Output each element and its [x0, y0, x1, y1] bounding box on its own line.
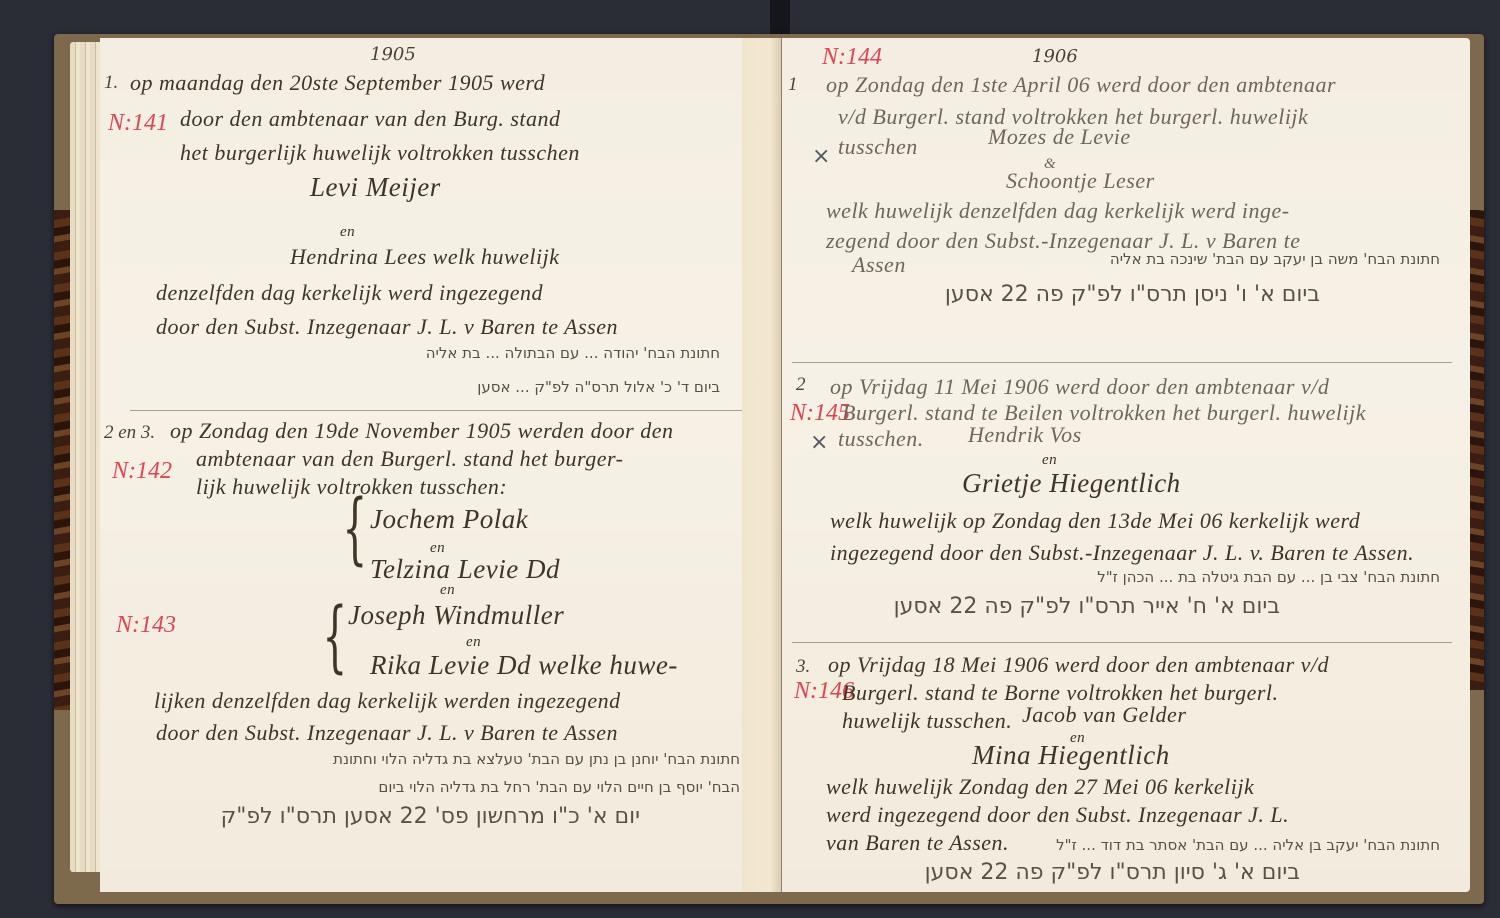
register-number: N:145 — [790, 400, 850, 427]
entry-line: tusschen. — [838, 426, 924, 452]
entry-line: op maandag den 20ste September 1905 werd — [130, 70, 545, 96]
entry-line: lijken denzelfden dag kerkelijk werden i… — [154, 688, 621, 714]
conjunction-en: en — [466, 634, 481, 651]
entry-line: op Zondag den 19de November 1905 werden … — [170, 418, 673, 444]
register-number: N:142 — [112, 458, 172, 485]
bride-name: Mina Hiegentlich — [972, 740, 1170, 771]
register-number: N:144 — [822, 44, 882, 71]
hebrew-signature: ביום א' ו' ניסן תרס"ו לפ"ק פה 22 אסען — [945, 282, 1320, 307]
entry-index: 1 — [788, 74, 798, 96]
hebrew-annotation: חתונת הבח' יעקב בן אליה ... עם הבת' אסתר… — [1056, 836, 1440, 854]
conjunction-en: en — [1042, 452, 1057, 469]
entry-line: Assen — [852, 252, 906, 278]
brace-bracket: { — [342, 490, 367, 568]
bride-name: Grietje Hiegentlich — [962, 468, 1181, 499]
hebrew-annotation: חתונת הבח' יהודה ... עם הבתולה ... בת אל… — [426, 344, 720, 362]
entry-line: van Baren te Assen. — [826, 830, 1009, 856]
entry-index: 2 en 3. — [104, 422, 155, 444]
hebrew-signature: ביום א' ח' אייר תרס"ו לפ"ק פה 22 אסען — [894, 594, 1280, 619]
groom-name: Mozes de Levie — [988, 124, 1131, 150]
groom-name: Jacob van Gelder — [1022, 702, 1186, 728]
bride-name: Schoontje Leser — [1006, 168, 1155, 194]
brace-bracket: { — [322, 598, 347, 676]
entry-line: tusschen — [838, 134, 918, 160]
hebrew-annotation: הבח' יוסף בן חיים הלוי עם הבת' רחל בת גד… — [378, 778, 740, 796]
entry-line: door den Subst. Inzegenaar J. L. v Baren… — [156, 720, 618, 746]
cross-mark: × — [812, 144, 830, 169]
entry-line: huwelijk tusschen. — [842, 708, 1012, 734]
entry-divider — [792, 362, 1452, 363]
entry-line: het burgerlijk huwelijk voltrokken tussc… — [180, 140, 580, 166]
hebrew-annotation: ביום ד' כ' אלול תרס"ה לפ"ק ... אסען — [477, 378, 720, 396]
left-page: 1905 1. N:141 op maandag den 20ste Septe… — [100, 38, 780, 892]
entry-divider — [130, 410, 750, 411]
entry-line: welk huwelijk op Zondag den 13de Mei 06 … — [830, 508, 1360, 534]
entry-line: ambtenaar van den Burgerl. stand het bur… — [196, 446, 624, 472]
entry-line: welk huwelijk Zondag den 27 Mei 06 kerke… — [826, 774, 1254, 800]
register-number: N:143 — [116, 612, 176, 639]
page-year: 1906 — [1032, 46, 1078, 67]
entry-index: 3. — [796, 656, 810, 678]
entry-line: door den Subst. Inzegenaar J. L. v Baren… — [156, 314, 618, 340]
entry-line: op Zondag den 1ste April 06 werd door de… — [826, 72, 1336, 98]
bride-name: Telzina Levie Dd — [370, 554, 560, 585]
entry-line: ingezegend door den Subst.-Inzegenaar J.… — [830, 540, 1414, 566]
bride-line: Hendrina Lees welk huwelijk — [290, 244, 560, 270]
hebrew-annotation: חתונת הבח' יוחנן בן נתן עם הבת' טעלצא בת… — [333, 750, 740, 768]
book-gutter — [742, 38, 782, 892]
entry-divider — [792, 642, 1452, 643]
groom-name: Levi Meijer — [310, 172, 441, 203]
right-page: 1906 N:144 1 op Zondag den 1ste April 06… — [782, 38, 1470, 892]
entry-line: Burgerl. stand te Beilen voltrokken het … — [842, 400, 1366, 426]
hebrew-annotation: חתונת הבח' משה בן יעקב עם הבת' שינכה בת … — [1110, 250, 1440, 268]
marbled-board-left — [54, 210, 70, 710]
marbled-board-right — [1470, 210, 1484, 690]
register-number: N:141 — [108, 110, 168, 137]
hebrew-annotation: חתונת הבח' צבי בן ... עם הבת גיטלה בת ..… — [1097, 568, 1440, 586]
entry-line: welk huwelijk denzelfden dag kerkelijk w… — [826, 198, 1290, 224]
bride-line: Rika Levie Dd welke huwe- — [370, 650, 678, 681]
entry-line: op Vrijdag 18 Mei 1906 werd door den amb… — [828, 652, 1329, 678]
entry-line: denzelfden dag kerkelijk werd ingezegend — [156, 280, 543, 306]
cross-mark: × — [810, 430, 828, 455]
entry-index: 2 — [796, 374, 806, 396]
hebrew-signature: ביום א' ג' סיון תרס"ו לפ"ק פה 22 אסען — [925, 860, 1300, 885]
groom-name: Hendrik Vos — [968, 422, 1082, 448]
hebrew-signature: יום א' כ"ו מרחשון פס' 22 אסען תרס"ו לפ"ק — [221, 804, 640, 829]
entry-line: op Vrijdag 11 Mei 1906 werd door den amb… — [830, 374, 1329, 400]
page-year: 1905 — [370, 44, 416, 65]
groom-name: Joseph Windmuller — [348, 600, 564, 631]
entry-line: werd ingezegend door den Subst. Inzegena… — [826, 802, 1289, 828]
entry-line: door den ambtenaar van den Burg. stand — [180, 106, 561, 132]
conjunction-en: en — [440, 582, 455, 599]
entry-index: 1. — [104, 72, 118, 94]
conjunction-en: en — [340, 224, 355, 241]
groom-name: Jochem Polak — [370, 504, 528, 535]
